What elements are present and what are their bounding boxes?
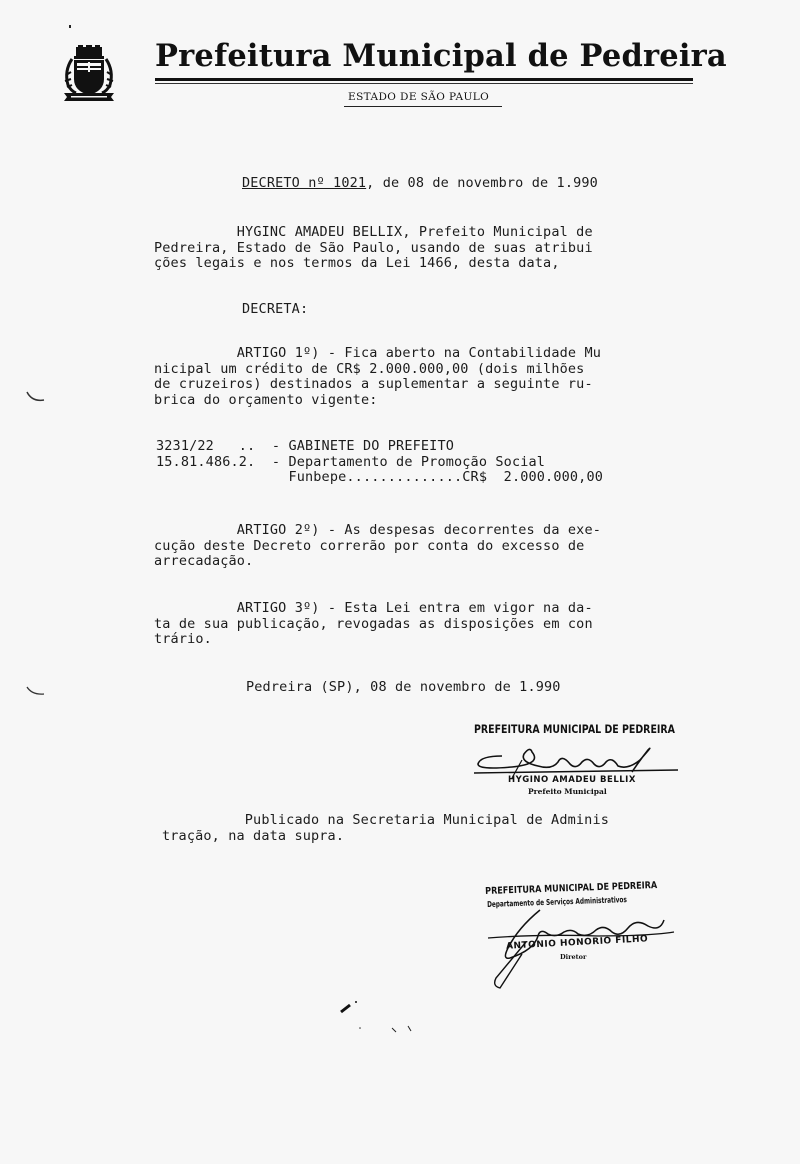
decreta-label: DECRETA: <box>242 302 308 318</box>
admin-stamp-title: PREFEITURA MUNICIPAL DE PEDREIRA <box>485 880 657 897</box>
mayor-signature-icon <box>472 740 682 780</box>
mayor-stamp-title: PREFEITURA MUNICIPAL DE PEDREIRA <box>474 722 675 736</box>
decree-title: DECRETO nº 1021, de 08 de novembro de 1.… <box>242 176 598 192</box>
article-line: trário. <box>154 632 593 648</box>
publication-note: Publicado na Secretaria Municipal de Adm… <box>162 813 609 844</box>
binder-hole-mark <box>24 390 50 406</box>
mayor-role: Prefeito Municipal <box>528 787 607 796</box>
budget-line: Funbepe..............CR$ 2.000.000,00 <box>156 470 603 486</box>
article-line: ARTIGO 3º) - Esta Lei entra em vigor na … <box>154 601 593 617</box>
article-3: ARTIGO 3º) - Esta Lei entra em vigor na … <box>154 601 593 648</box>
header-rule-thin <box>155 83 693 84</box>
budget-allocation: 3231/22 .. - GABINETE DO PREFEITO15.81.4… <box>156 439 603 486</box>
state-subtitle: ESTADO DE SÃO PAULO <box>348 91 489 103</box>
header-rule <box>155 78 693 81</box>
preamble-line: Pedreira, Estado de São Paulo, usando de… <box>154 241 593 257</box>
article-1: ARTIGO 1º) - Fica aberto na Contabilidad… <box>154 346 601 408</box>
place-and-date: Pedreira (SP), 08 de novembro de 1.990 <box>246 680 561 696</box>
article-line: ta de sua publicação, revogadas as dispo… <box>154 617 593 633</box>
article-line: arrecadação. <box>154 554 601 570</box>
municipal-coat-of-arms-icon <box>62 45 116 101</box>
state-underline <box>344 106 502 107</box>
article-line: cução deste Decreto correrão por conta d… <box>154 539 601 555</box>
publication-line: Publicado na Secretaria Municipal de Adm… <box>162 813 609 829</box>
article-2: ARTIGO 2º) - As despesas decorrentes da … <box>154 523 601 570</box>
scan-speckles <box>336 1000 416 1040</box>
preamble: HYGINC AMADEU BELLIX, Prefeito Municipal… <box>154 225 593 272</box>
article-line: ARTIGO 2º) - As despesas decorrentes da … <box>154 523 601 539</box>
preamble-line: ções legais e nos termos da Lei 1466, de… <box>154 256 593 272</box>
mayor-name: HYGINO AMADEU BELLIX <box>508 775 636 785</box>
budget-line: 3231/22 .. - GABINETE DO PREFEITO <box>156 439 603 455</box>
article-line: ARTIGO 1º) - Fica aberto na Contabilidad… <box>154 346 601 362</box>
article-line: nicipal um crédito de CR$ 2.000.000,00 (… <box>154 362 601 378</box>
budget-line: 15.81.486.2. - Departamento de Promoção … <box>156 455 603 471</box>
preamble-line: HYGINC AMADEU BELLIX, Prefeito Municipal… <box>154 225 593 241</box>
scanned-decree-page: Prefeitura Municipal de Pedreira ESTADO … <box>0 0 800 1164</box>
scan-speck <box>69 25 71 28</box>
binder-hole-mark <box>24 685 50 701</box>
organization-title: Prefeitura Municipal de Pedreira <box>155 38 727 74</box>
article-line: de cruzeiros) destinados a suplementar a… <box>154 377 601 393</box>
director-role: Diretor <box>560 953 586 961</box>
publication-line: tração, na data supra. <box>162 829 609 845</box>
decree-number: DECRETO nº 1021 <box>242 175 366 191</box>
article-line: brica do orçamento vigente: <box>154 393 601 409</box>
decree-date: , de 08 de novembro de 1.990 <box>366 175 598 191</box>
